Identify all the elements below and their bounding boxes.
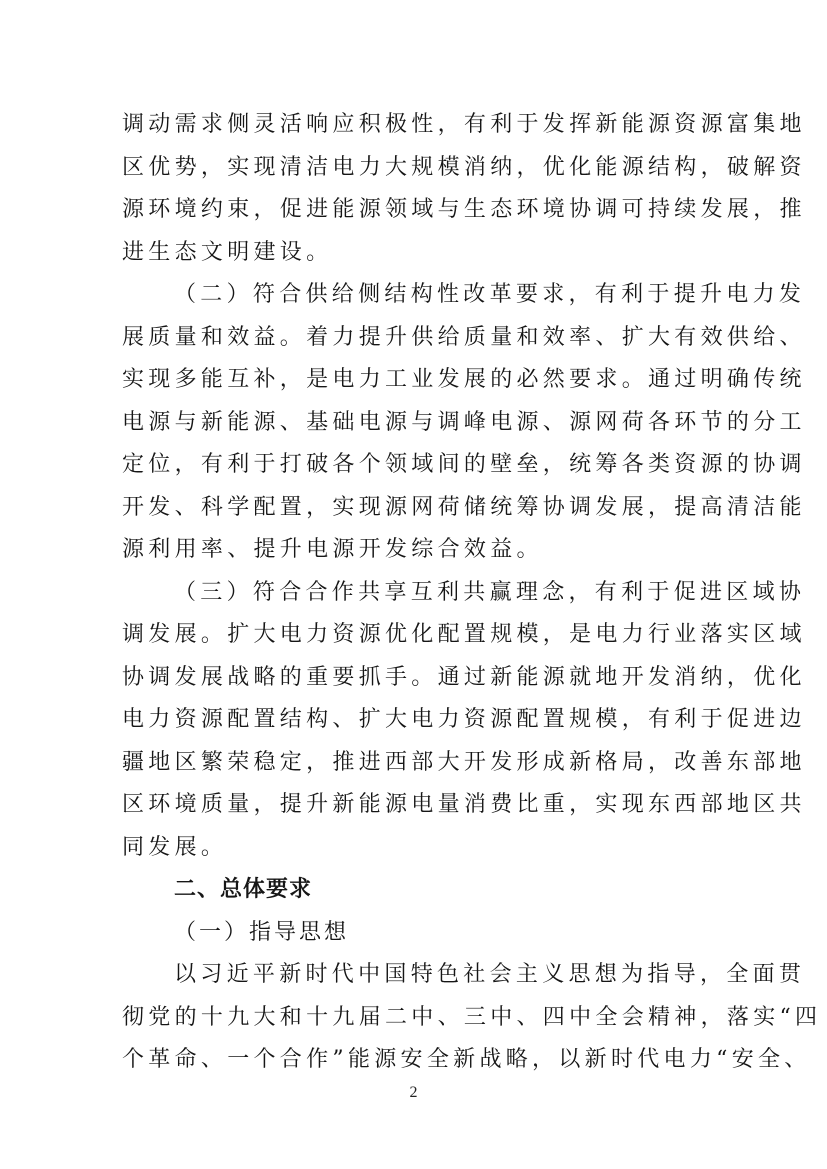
paragraph-line: 电源与新能源、基础电源与调峰电源、源网荷各环节的分工 <box>122 402 704 445</box>
paragraph-line: 调发展。扩大电力资源优化配置规模，是电力行业落实区域 <box>122 614 704 657</box>
paragraph-line: 进生态文明建设。 <box>122 232 704 275</box>
paragraph-line: 以习近平新时代中国特色社会主义思想为指导，全面贯 <box>122 954 704 997</box>
paragraph-line: （三）符合合作共享互利共赢理念，有利于促进区域协 <box>122 572 704 615</box>
paragraph-line: 个革命、一个合作”能源安全新战略，以新时代电力“安全、 <box>122 1039 704 1082</box>
document-page: 调动需求侧灵活响应积极性，有利于发挥新能源资源富集地 区优势，实现清洁电力大规模… <box>0 0 827 1169</box>
section-heading: 二、总体要求 <box>122 869 704 912</box>
subsection-heading: （一）指导思想 <box>122 912 704 955</box>
paragraph-line: 源利用率、提升电源开发综合效益。 <box>122 529 704 572</box>
paragraph-line: 区环境质量，提升新能源电量消费比重，实现东西部地区共 <box>122 784 704 827</box>
paragraph-line: 疆地区繁荣稳定，推进西部大开发形成新格局，改善东部地 <box>122 742 704 785</box>
paragraph-line: 同发展。 <box>122 827 704 870</box>
paragraph-line: 展质量和效益。着力提升供给质量和效率、扩大有效供给、 <box>122 317 704 360</box>
paragraph-line: （二）符合供给侧结构性改革要求，有利于提升电力发 <box>122 274 704 317</box>
document-body: 调动需求侧灵活响应积极性，有利于发挥新能源资源富集地 区优势，实现清洁电力大规模… <box>122 104 704 1082</box>
paragraph-line: 电力资源配置结构、扩大电力资源配置规模，有利于促进边 <box>122 699 704 742</box>
paragraph-line: 开发、科学配置，实现源网荷储统筹协调发展，提高清洁能 <box>122 487 704 530</box>
paragraph-line: 彻党的十九大和十九届二中、三中、四中全会精神，落实“四 <box>122 997 704 1040</box>
paragraph-line: 区优势，实现清洁电力大规模消纳，优化能源结构，破解资 <box>122 147 704 190</box>
paragraph-line: 定位，有利于打破各个领域间的壁垒，统筹各类资源的协调 <box>122 444 704 487</box>
paragraph-line: 源环境约束，促进能源领域与生态环境协调可持续发展，推 <box>122 189 704 232</box>
paragraph-line: 实现多能互补，是电力工业发展的必然要求。通过明确传统 <box>122 359 704 402</box>
page-number: 2 <box>0 1084 827 1102</box>
paragraph-line: 协调发展战略的重要抓手。通过新能源就地开发消纳，优化 <box>122 657 704 700</box>
paragraph-line: 调动需求侧灵活响应积极性，有利于发挥新能源资源富集地 <box>122 104 704 147</box>
